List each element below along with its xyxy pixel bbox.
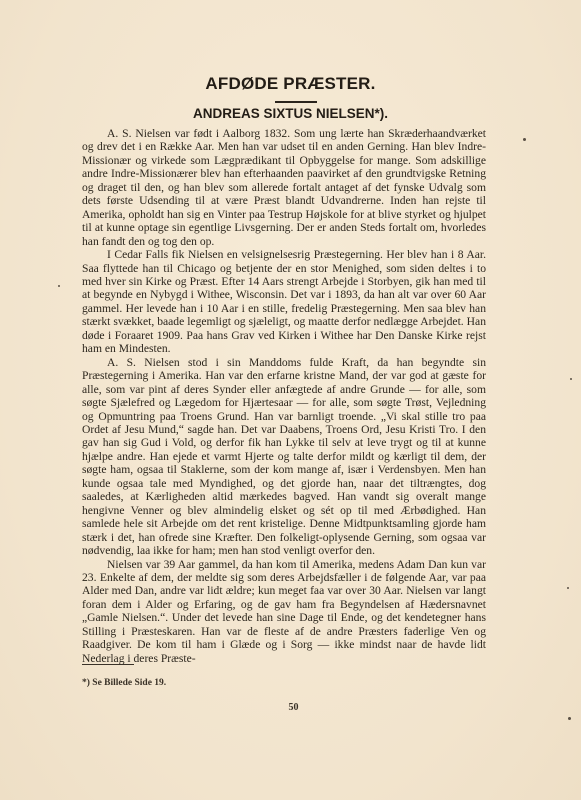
scan-speck xyxy=(523,138,526,141)
scan-speck xyxy=(570,378,572,380)
footnote-divider xyxy=(82,664,134,665)
article-title: ANDREAS SIXTUS NIELSEN*). xyxy=(0,106,581,121)
scan-speck xyxy=(58,285,60,287)
paragraph: A. S. Nielsen stod i sin Manddoms fulde … xyxy=(82,356,486,558)
page-number: 50 xyxy=(0,702,581,713)
article-body: A. S. Nielsen var født i Aalborg 1832. S… xyxy=(82,127,486,665)
footnote: *) Se Billede Side 19. xyxy=(82,678,166,688)
section-title: AFDØDE PRÆSTER. xyxy=(0,74,581,94)
scanned-page: AFDØDE PRÆSTER. ANDREAS SIXTUS NIELSEN*)… xyxy=(0,0,581,800)
title-divider xyxy=(275,101,317,103)
paragraph: A. S. Nielsen var født i Aalborg 1832. S… xyxy=(82,127,486,248)
paragraph: I Cedar Falls fik Nielsen en velsignelse… xyxy=(82,248,486,356)
scan-speck xyxy=(568,717,571,720)
scan-speck xyxy=(567,587,569,589)
paragraph: Nielsen var 39 Aar gammel, da han kom ti… xyxy=(82,558,486,666)
